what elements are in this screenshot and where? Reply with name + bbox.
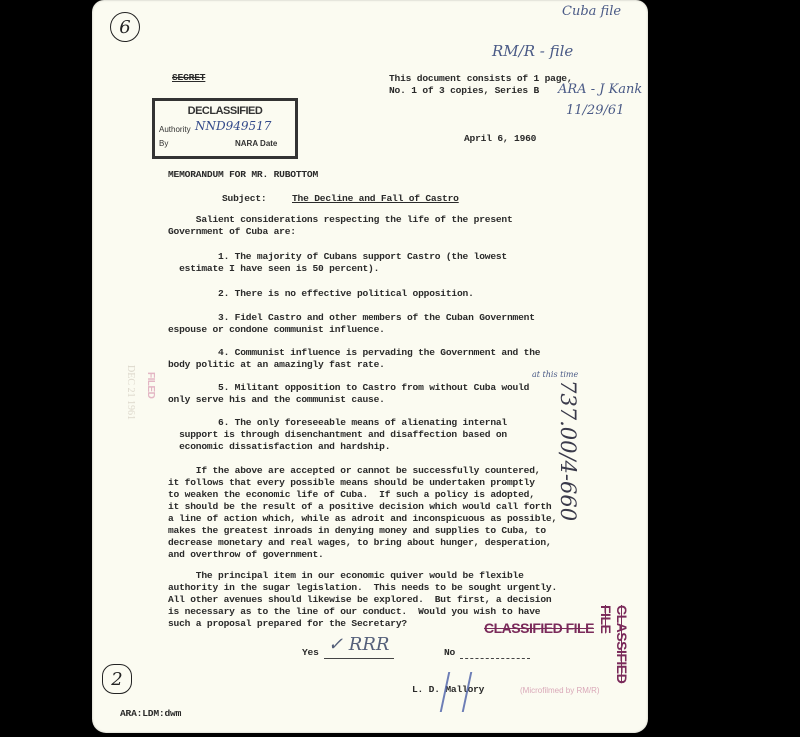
paragraph1-line-6: makes the greatest inroads in denying mo…: [168, 525, 546, 537]
handwritten-note-3: ARA - J Kank: [558, 82, 642, 97]
point-4-line-2: body politic at an amazingly fast rate.: [168, 359, 385, 371]
point-3-line-2: espouse or condone communist influence.: [168, 324, 385, 336]
struck-classification: SECRET: [172, 72, 205, 84]
filed-date-stamp: DEC 21 1961: [125, 365, 136, 420]
paragraph2-line-1: The principal item in our economic quive…: [168, 570, 524, 582]
subject: The Decline and Fall of Castro: [292, 193, 459, 205]
paragraph1-line-5: a line of action which, while as adroit …: [168, 513, 557, 525]
paragraph1-line-2: it follows that every possible means sho…: [168, 477, 535, 489]
point-1-line-2: estimate I have seen is 50 percent).: [168, 263, 379, 275]
handwritten-note-1: Cuba file: [562, 4, 621, 19]
handwritten-note-2: RM/R - file: [492, 42, 573, 60]
classified-file-stamp-vertical: CLASSIFIED FILE: [598, 605, 630, 683]
yes-line: [324, 658, 394, 659]
paragraph1-line-1: If the above are accepted or cannot be s…: [168, 465, 540, 477]
paragraph2-line-5: such a proposal prepared for the Secreta…: [168, 618, 407, 630]
point-4-line-1: 4. Communist influence is pervading the …: [168, 347, 540, 359]
paragraph1-line-3: to weaken the economic life of Cuba. If …: [168, 489, 535, 501]
point-1-line-1: 1. The majority of Cubans support Castro…: [168, 251, 507, 263]
by-label: By: [159, 139, 168, 148]
paragraph2-line-2: authority in the sugar legislation. This…: [168, 582, 557, 594]
paragraph1-line-8: and overthrow of government.: [168, 549, 324, 561]
intro-line-1: Salient considerations respecting the li…: [168, 214, 513, 226]
by-value: NARA Date: [235, 139, 277, 148]
page-number-circle-bottom: 2: [102, 664, 132, 694]
point-6-line-2: support is through disenchantment and di…: [168, 429, 507, 441]
paragraph2-line-3: All other avenues should likewise be exp…: [168, 594, 551, 606]
document-date: April 6, 1960: [464, 133, 536, 145]
handwritten-note-4: 11/29/61: [566, 103, 624, 118]
memorandum-page: 6 SECRET DECLASSIFIED Authority NND94951…: [92, 0, 648, 733]
yes-mark: ✓ RRR: [328, 634, 389, 655]
declassified-stamp: DECLASSIFIED Authority NND949517 By NARA…: [152, 98, 298, 159]
page-number-circle-top: 6: [110, 12, 140, 42]
point-2-line-1: 2. There is no effective political oppos…: [168, 288, 474, 300]
reference-initials: ARA:LDM:dwm: [120, 708, 181, 720]
microfilmed-stamp: (Microfilmed by RM/R): [520, 686, 600, 695]
subject-label: Subject:: [222, 193, 266, 205]
authority-value: NND949517: [195, 119, 271, 133]
point-3-line-1: 3. Fidel Castro and other members of the…: [168, 312, 535, 324]
addressee: MEMORANDUM FOR MR. RUBOTTOM: [168, 169, 318, 181]
signature-scribble: [440, 672, 473, 712]
file-number: 737.00/4-660: [556, 380, 580, 521]
point-6-line-1: 6. The only foreseeable means of alienat…: [168, 417, 507, 429]
classified-file-stamp: CLASSIFIED FILE: [484, 620, 594, 636]
authority-label: Authority: [159, 125, 191, 134]
paragraph1-line-4: it should be the result of a positive de…: [168, 501, 551, 513]
point-5-line-2: only serve his and the communist cause.: [168, 394, 385, 406]
no-line: [460, 658, 530, 659]
paragraph2-line-4: is necessary as to the line of our condu…: [168, 606, 540, 618]
declassified-title: DECLASSIFIED: [155, 105, 295, 117]
margin-note-point-5: at this time: [532, 370, 578, 379]
point-5-line-1: 5. Militant opposition to Castro from wi…: [168, 382, 529, 394]
yes-label: Yes: [302, 647, 319, 659]
copy-notice-line2: No. 1 of 3 copies, Series B: [389, 85, 539, 97]
filed-stamp: FILED: [145, 372, 156, 398]
paragraph1-line-7: decrease monetary and real wages, to bri…: [168, 537, 551, 549]
intro-line-2: Government of Cuba are:: [168, 226, 296, 238]
no-label: No: [444, 647, 455, 659]
copy-notice-line1: This document consists of 1 page,: [389, 73, 572, 85]
point-6-line-3: economic dissatisfaction and hardship.: [168, 441, 390, 453]
